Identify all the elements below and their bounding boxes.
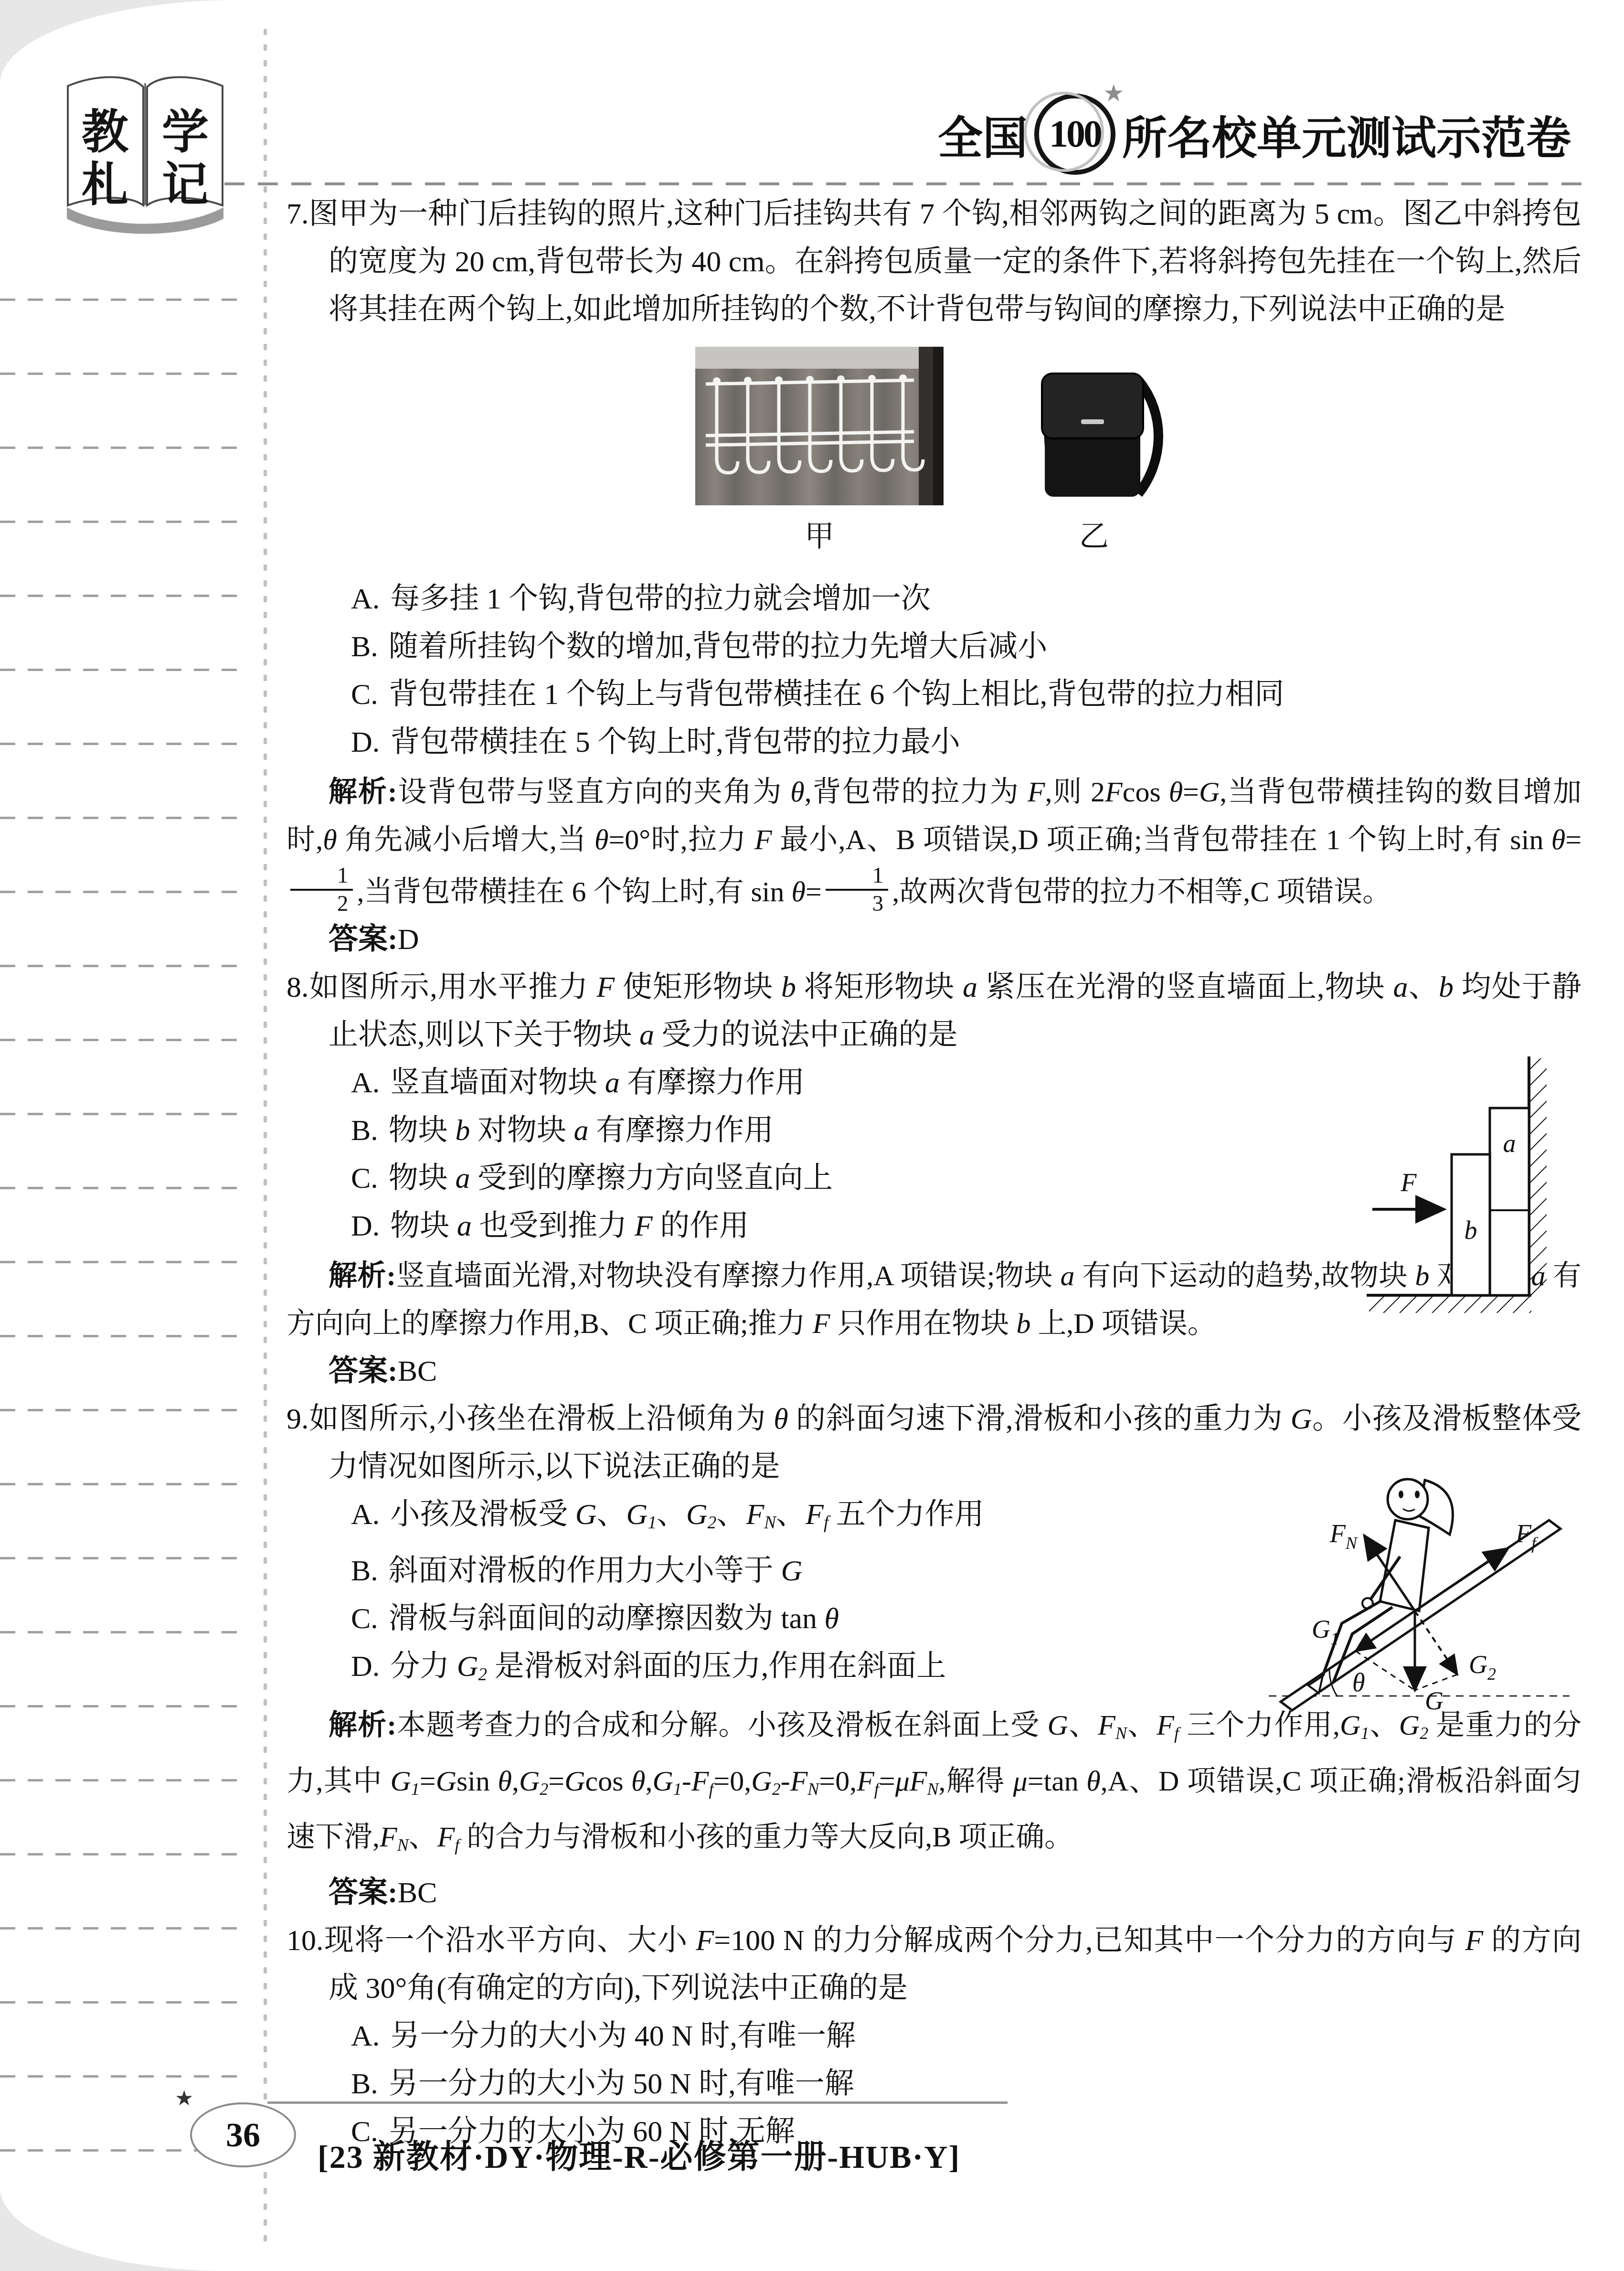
- page-header: 全国 ★ 100 所名校单元测试示范卷: [1027, 94, 1595, 175]
- q9-answer: 答案:BC: [329, 1869, 1582, 1917]
- bag-logo: [1081, 419, 1104, 424]
- note-line: [0, 817, 241, 819]
- q7-caption-jia: 甲: [805, 513, 834, 561]
- label-F: F: [1401, 1168, 1417, 1197]
- note-line: [0, 1187, 241, 1189]
- q8-answer: 答案:BC: [329, 1347, 1582, 1395]
- q8-force-diagram: F a b: [1352, 1052, 1562, 1326]
- badge-ghost-ring: [1024, 92, 1104, 172]
- logo-char: 札: [82, 160, 128, 211]
- q7-figures: 甲 乙: [287, 347, 1582, 561]
- margin-divider: [264, 29, 267, 2245]
- note-line: [0, 1409, 241, 1411]
- bag-flap: [1042, 373, 1143, 438]
- margin-note-lines: [0, 299, 241, 2233]
- book-logo-icon: 教 学 札 记: [53, 61, 237, 241]
- label-theta: θ: [1352, 1668, 1365, 1697]
- note-line: [0, 595, 241, 597]
- note-line: [0, 1779, 241, 1781]
- note-line: [0, 1853, 241, 1855]
- note-line: [0, 373, 241, 375]
- child-head: [1388, 1479, 1428, 1519]
- badge-100: ★ 100: [1034, 94, 1115, 175]
- q10-option-b: B.另一分力的大小为 50 N 时,有唯一解: [351, 2060, 1582, 2108]
- header-divider: [224, 182, 1591, 185]
- note-line: [0, 299, 241, 301]
- star-icon: ★: [175, 2086, 193, 2111]
- q7-figure-jia: 甲: [695, 347, 944, 561]
- note-line: [0, 1927, 241, 1930]
- note-line: [0, 521, 241, 523]
- note-line: [0, 1631, 241, 1633]
- label-G1: G1: [1312, 1615, 1339, 1648]
- note-line: [0, 743, 241, 745]
- logo-char: 记: [162, 160, 209, 211]
- q7-caption-yi: 乙: [1079, 513, 1109, 561]
- note-line: [0, 891, 241, 893]
- footer-divider: [267, 2101, 1008, 2104]
- note-line: [0, 1335, 241, 1337]
- exam-content: 7.图甲为一种门后挂钩的照片,这种门后挂钩共有 7 个钩,相邻两钩之间的距离为 …: [287, 190, 1582, 2155]
- door-edge-dark: [933, 347, 944, 505]
- q10-number: 10.: [287, 1924, 324, 1957]
- q9-number: 9.: [287, 1403, 309, 1435]
- note-line: [0, 1557, 241, 1559]
- q7-option-b: B.随着所挂钩个数的增加,背包带的拉力先增大后减小: [351, 623, 1582, 671]
- page: 教 学 札 记 全国 ★ 100 所名校单元测试示范卷 7.图甲为一种门后挂钩的…: [0, 0, 1624, 2271]
- note-line: [0, 965, 241, 967]
- label-Ff: Ff: [1515, 1519, 1539, 1553]
- note-line: [0, 669, 241, 671]
- child-eye: [1399, 1491, 1403, 1498]
- note-line: [0, 1705, 241, 1707]
- label-b: b: [1465, 1216, 1477, 1245]
- child-eye: [1415, 1491, 1420, 1498]
- bag-photo: [1015, 347, 1173, 505]
- header-title: 全国 ★ 100 所名校单元测试示范卷: [938, 94, 1571, 175]
- q8-stem: 8.如图所示,用水平推力 F 使矩形物块 b 将矩形物块 a 紧压在光滑的竖直墙…: [287, 963, 1582, 1059]
- q7-analysis: 解析:设背包带与竖直方向的夹角为 θ,背包带的拉力为 F,则 2Fcos θ=G…: [287, 768, 1582, 916]
- q7-option-c: C.背包带挂在 1 个钩上与背包带横挂在 6 个钩上相比,背包带的拉力相同: [351, 671, 1582, 718]
- door-hooks-photo: [695, 347, 944, 505]
- star-icon: ★: [1104, 81, 1121, 106]
- logo-shadow: [67, 207, 223, 234]
- note-line: [0, 2075, 241, 2078]
- label-a: a: [1503, 1129, 1516, 1158]
- q7-option-d: D.背包带横挂在 5 个钩上时,背包带的拉力最小: [351, 718, 1582, 766]
- question-8: 8.如图所示,用水平推力 F 使矩形物块 b 将矩形物块 a 紧压在光滑的竖直墙…: [287, 963, 1582, 1395]
- logo-char: 学: [162, 107, 209, 159]
- q9-analysis: 解析:本题考查力的合成和分解。小孩及滑板在斜面上受 G、FN、Ff 三个力作用,…: [287, 1701, 1582, 1869]
- G2-component-arrow: [1415, 1611, 1457, 1674]
- note-line: [0, 1261, 241, 1263]
- friction-force-arrow: [1415, 1548, 1508, 1611]
- q10-option-a: A.另一分力的大小为 40 N 时,有唯一解: [351, 2012, 1582, 2060]
- q7-stem: 7.图甲为一种门后挂钩的照片,这种门后挂钩共有 7 个钩,相邻两钩之间的距离为 …: [287, 190, 1582, 333]
- note-line: [0, 1113, 241, 1115]
- question-10: 10.现将一个沿水平方向、大小 F=100 N 的力分解成两个分力,已知其中一个…: [287, 1917, 1582, 2155]
- label-G2: G2: [1469, 1650, 1496, 1684]
- note-line: [0, 2001, 241, 2004]
- q7-option-a: A.每多挂 1 个钩,背包带的拉力就会增加一次: [351, 575, 1582, 623]
- note-line: [0, 1483, 241, 1485]
- q7-stem-text: 图甲为一种门后挂钩的照片,这种门后挂钩共有 7 个钩,相邻两钩之间的距离为 5 …: [309, 198, 1582, 326]
- label-FN: FN: [1329, 1519, 1358, 1553]
- note-line: [0, 447, 241, 449]
- door-surface: [695, 347, 944, 505]
- logo-char: 教: [82, 107, 129, 159]
- header-title-suffix: 所名校单元测试示范卷: [1122, 102, 1571, 167]
- question-9: 9.如图所示,小孩坐在滑板上沿倾角为 θ 的斜面匀速下滑,滑板和小孩的重力为 G…: [287, 1395, 1582, 1917]
- header-title-prefix: 全国: [938, 102, 1028, 167]
- photo-top-band: [695, 347, 944, 369]
- page-number: 36: [190, 2102, 296, 2167]
- question-7: 7.图甲为一种门后挂钩的照片,这种门后挂钩共有 7 个钩,相邻两钩之间的距离为 …: [287, 190, 1582, 963]
- q10-stem: 10.现将一个沿水平方向、大小 F=100 N 的力分解成两个分力,已知其中一个…: [287, 1917, 1582, 2012]
- q7-options: A.每多挂 1 个钩,背包带的拉力就会增加一次 B.随着所挂钩个数的增加,背包带…: [351, 575, 1582, 766]
- footer-imprint: [23 新教材·DY·物理-R-必修第一册-HUB·Y]: [318, 2131, 960, 2177]
- note-line: [0, 1039, 241, 1041]
- q7-number: 7.: [287, 198, 309, 230]
- q7-answer: 答案:D: [329, 916, 1582, 963]
- ground-hatch: [1369, 1297, 1531, 1313]
- q7-figure-yi: 乙: [1015, 347, 1173, 561]
- q9-incline-diagram: FN Ff G1 G2 G θ: [1257, 1429, 1582, 1725]
- wall-hatch: [1529, 1058, 1547, 1295]
- label-G: G: [1425, 1686, 1444, 1715]
- q8-number: 8.: [287, 971, 309, 1003]
- child-figure: [1308, 1479, 1453, 1693]
